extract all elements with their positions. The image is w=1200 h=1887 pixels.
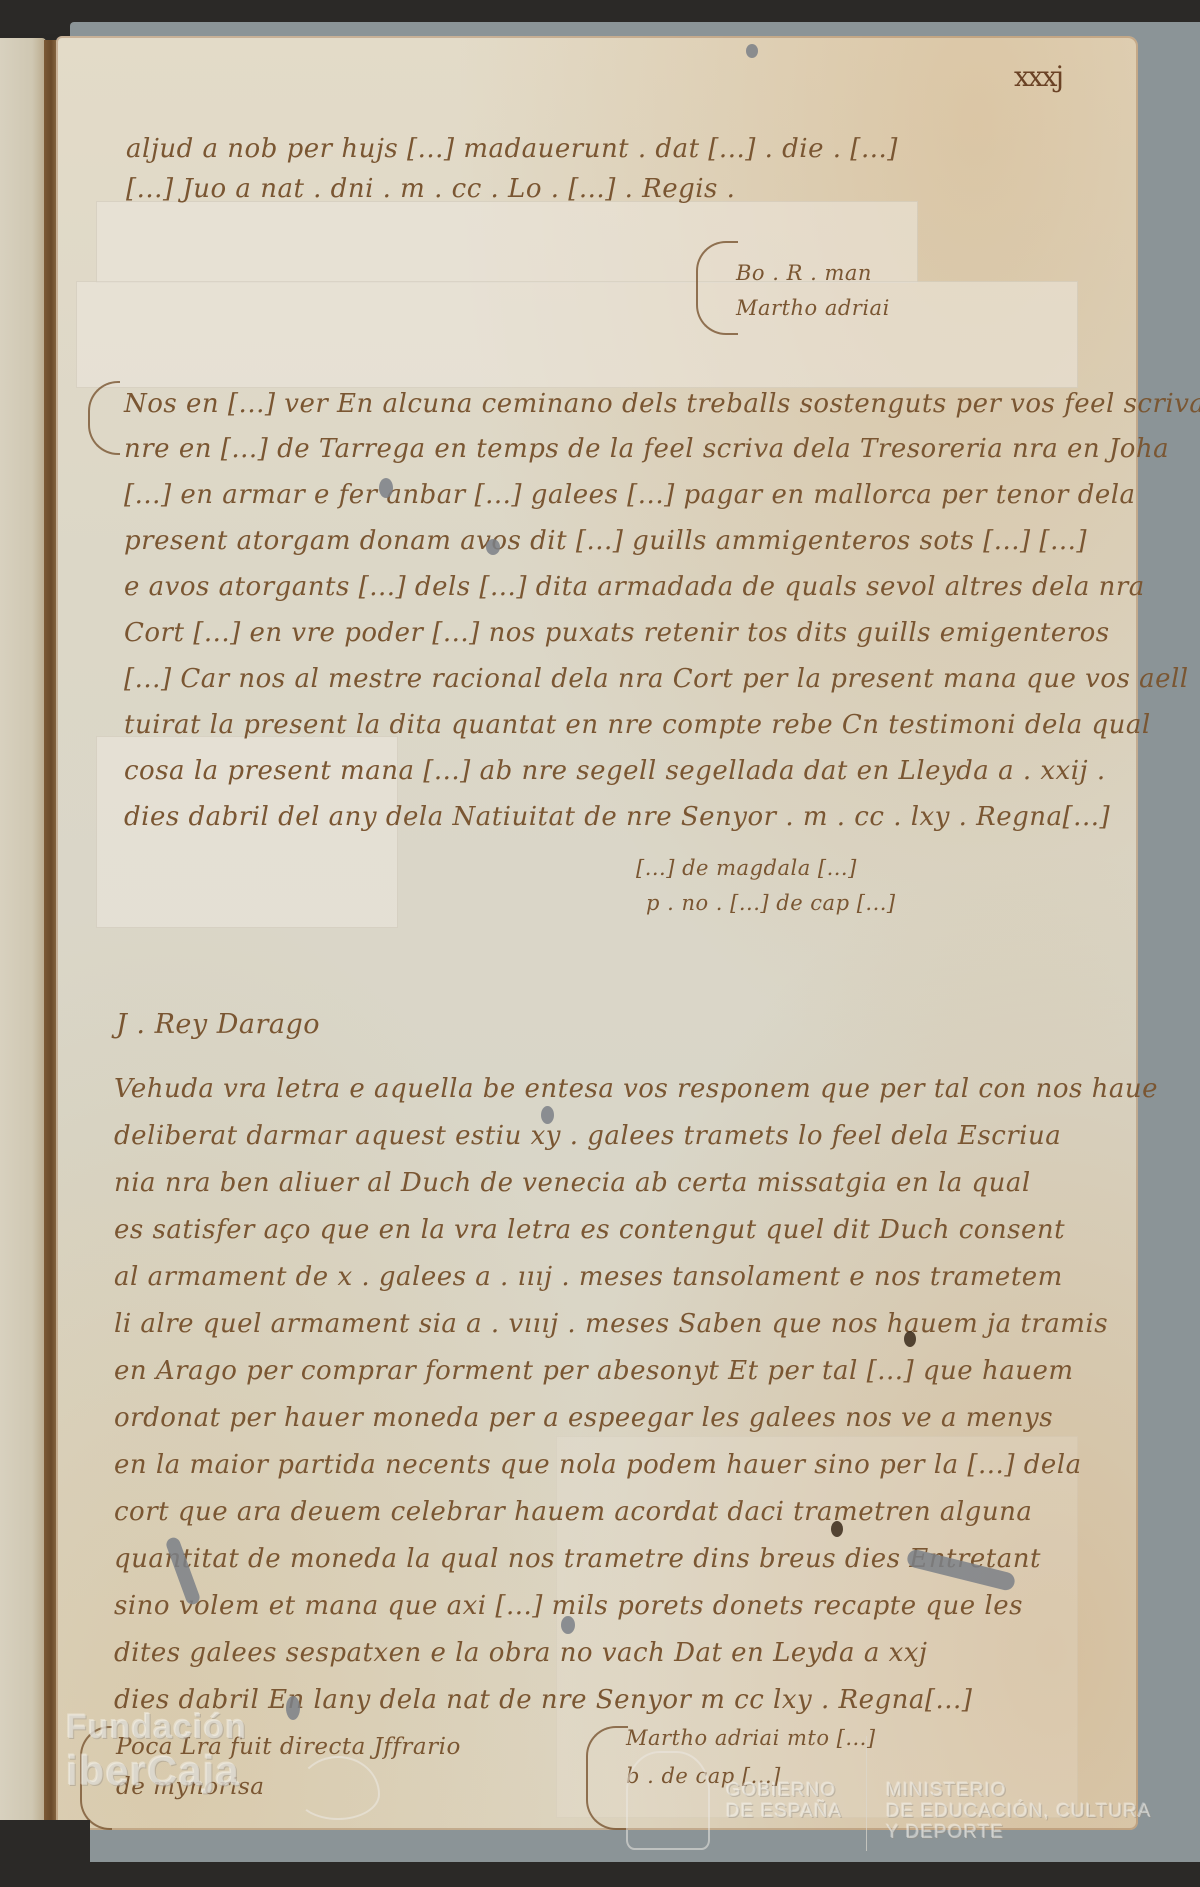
text-line: nre en [...] de Tarrega en temps de la f… bbox=[124, 436, 1169, 462]
text-line: nia nra ben aliuer al Duch de venecia ab… bbox=[114, 1170, 1031, 1196]
repair-patch bbox=[76, 281, 1078, 388]
text-line: present atorgam donam avos dit [...] gui… bbox=[124, 528, 1087, 554]
text-line: quantitat de moneda la qual nos trametre… bbox=[114, 1546, 1041, 1572]
watermark-text: iberCaja bbox=[66, 1747, 247, 1795]
folio-number: xxxj bbox=[1014, 60, 1062, 93]
text-line: Vehuda vra letra e aquella be entesa vos… bbox=[114, 1076, 1158, 1102]
ink-blot bbox=[541, 1106, 554, 1124]
ink-blot bbox=[486, 539, 500, 555]
ink-blot bbox=[746, 44, 758, 58]
spain-coat-of-arms-icon bbox=[626, 1751, 710, 1850]
text-line: al armament de x . galees a . ıııj . mes… bbox=[114, 1264, 1063, 1290]
watermark-text: Y DEPORTE bbox=[886, 1823, 1152, 1844]
text-line: cort que ara deuem celebrar hauem acorda… bbox=[114, 1499, 1032, 1525]
signature-line: Bo . R . man bbox=[736, 261, 872, 285]
text-line: dies dabril del any dela Natiuitat de nr… bbox=[124, 804, 1110, 830]
text-line: Cort [...] en vre poder [...] nos puxats… bbox=[124, 620, 1110, 646]
facing-page-edge bbox=[0, 38, 46, 1828]
ink-blot bbox=[831, 1521, 843, 1537]
ibercaja-logo-icon bbox=[296, 1756, 380, 1820]
manuscript-page: xxxj aljud a nob per hujs [...] madaueru… bbox=[56, 36, 1138, 1830]
text-line: en la maior partida necents que nola pod… bbox=[114, 1452, 1082, 1478]
signature-line: Martho adriai bbox=[736, 296, 890, 320]
watermark-text: Fundación bbox=[66, 1708, 247, 1747]
watermark-text: DE EDUCACIÓN, CULTURA bbox=[886, 1802, 1152, 1823]
repair-patch bbox=[556, 1436, 1078, 1818]
text-line: [...] Juo a nat . dni . m . cc . Lo . [.… bbox=[126, 176, 735, 202]
text-line: tuirat la present la dita quantat en nre… bbox=[124, 712, 1151, 738]
ink-blot bbox=[904, 1331, 916, 1347]
letter-heading: J . Rey Darago bbox=[116, 1011, 320, 1038]
watermark-gobierno-espana: GOBIERNO DE ESPAÑA bbox=[726, 1781, 842, 1823]
watermark-text: GOBIERNO bbox=[726, 1781, 842, 1802]
text-line: [...] en armar e fer anbar [...] galees … bbox=[124, 482, 1136, 508]
watermark-divider bbox=[866, 1736, 867, 1851]
text-line: li alre quel armament sia a . vıııj . me… bbox=[114, 1311, 1108, 1337]
ink-blot bbox=[379, 478, 393, 498]
signature-line: p . no . [...] de cap [...] bbox=[646, 891, 896, 915]
watermark-text: MINISTERIO bbox=[886, 1781, 1152, 1802]
text-line: ordonat per hauer moneda per a espeegar … bbox=[114, 1405, 1053, 1431]
text-line: en Arago per comprar forment per abesony… bbox=[114, 1358, 1074, 1384]
ink-blot bbox=[286, 1696, 300, 1720]
signature-bracket bbox=[586, 1726, 628, 1830]
watermark-text: DE ESPAÑA bbox=[726, 1802, 842, 1823]
text-line: Nos en [...] ver En alcuna ceminano dels… bbox=[124, 391, 1200, 417]
signature-line: Martho adriai mto [...] bbox=[626, 1726, 876, 1750]
signature-bracket bbox=[696, 241, 738, 335]
text-line: deliberat darmar aquest estiu xy . galee… bbox=[114, 1123, 1061, 1149]
watermark-fundacion-ibercaja: Fundación iberCaja bbox=[66, 1708, 247, 1795]
text-line: dites galees sespatxen e la obra no vach… bbox=[114, 1640, 927, 1666]
watermark-ministerio: MINISTERIO DE EDUCACIÓN, CULTURA Y DEPOR… bbox=[886, 1781, 1152, 1844]
text-line: e avos atorgants [...] dels [...] dita a… bbox=[124, 574, 1145, 600]
text-line: cosa la present mana [...] ab nre segell… bbox=[124, 758, 1106, 784]
paragraph-mark bbox=[88, 381, 120, 455]
text-line: es satisfer aço que en la vra letra es c… bbox=[114, 1217, 1065, 1243]
scan-background-bottom bbox=[0, 1862, 1200, 1887]
ink-blot bbox=[561, 1616, 575, 1634]
text-line: [...] Car nos al mestre racional dela nr… bbox=[124, 666, 1189, 692]
text-line: aljud a nob per hujs [...] madauerunt . … bbox=[126, 136, 898, 162]
signature-line: [...] de magdala [...] bbox=[636, 856, 857, 880]
